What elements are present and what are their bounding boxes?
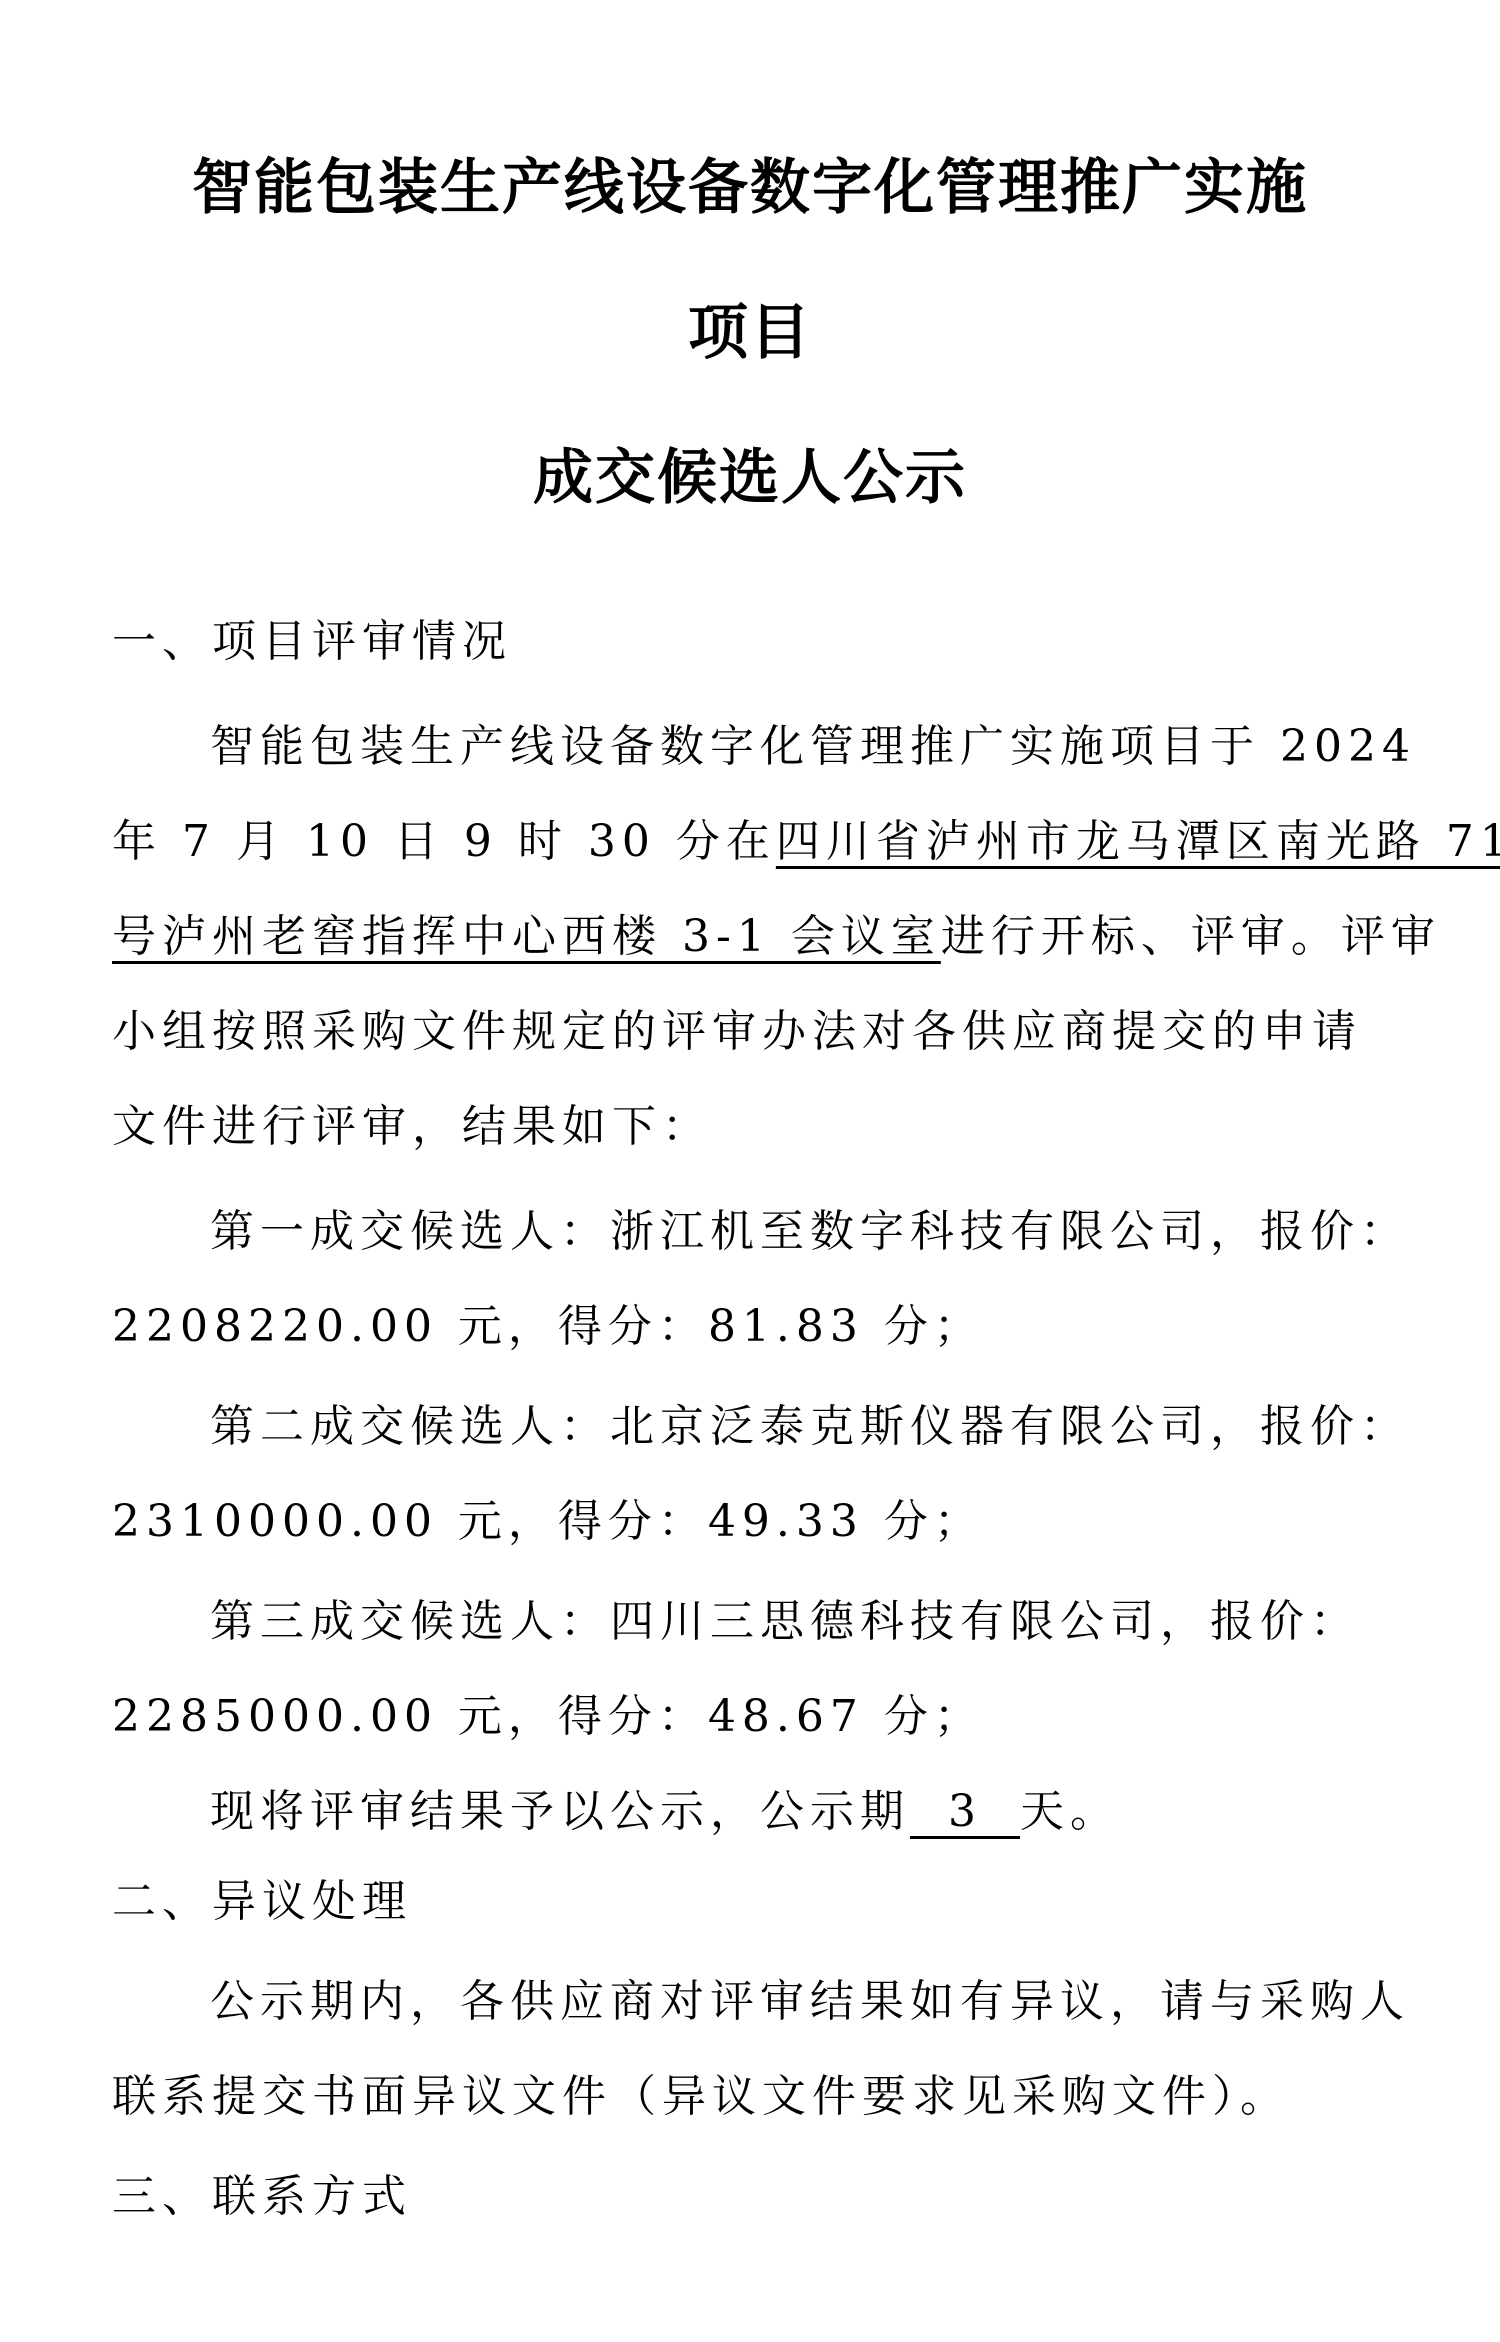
address-underlined: 四川省泸州市龙马潭区南光路 71: [776, 816, 1500, 867]
candidate-rank: 第二成交候选人：: [210, 1401, 610, 1452]
para1-text: 年 7 月 10 日 9 时 30 分在: [112, 816, 776, 867]
para1-text: 进行开标、评审。评审: [941, 911, 1441, 962]
candidate-score: 81.83: [708, 1301, 864, 1352]
price-label: ，报价：: [1210, 1401, 1410, 1452]
notice-period: 现将评审结果予以公示，公示期3天。: [210, 1775, 1120, 1839]
section2-line2: 联系提交书面异议文件（异议文件要求见采购文件）。: [112, 2060, 1290, 2124]
notice-days: 3: [910, 1788, 1020, 1839]
notice-text: 天。: [1020, 1786, 1120, 1837]
candidate-rank: 第三成交候选人：: [210, 1596, 610, 1647]
candidate-rank: 第一成交候选人：: [210, 1206, 610, 1257]
unit: 元，得分：: [438, 1496, 708, 1547]
candidate-name: 四川三思德科技有限公司: [610, 1596, 1160, 1647]
candidate-score: 49.33: [708, 1496, 864, 1547]
section2-heading: 二、异议处理: [112, 1865, 412, 1929]
candidate-score: 48.67: [708, 1691, 864, 1742]
tail: 分；: [864, 1691, 984, 1742]
candidate-1-line2: 2208220.00 元，得分：81.83 分；: [112, 1290, 984, 1354]
unit: 元，得分：: [438, 1301, 708, 1352]
candidate-3-line2: 2285000.00 元，得分：48.67 分；: [112, 1680, 984, 1744]
tail: 分；: [864, 1496, 984, 1547]
doc-title-line1: 智能包装生产线设备数字化管理推广实施: [0, 140, 1500, 226]
para1-line3: 号泸州老窖指挥中心西楼 3-1 会议室进行开标、评审。评审: [112, 900, 1441, 964]
candidate-price: 2285000.00: [112, 1691, 438, 1742]
notice-text: 现将评审结果予以公示，公示期: [210, 1786, 910, 1837]
candidate-name: 浙江机至数字科技有限公司: [610, 1206, 1210, 1257]
section2-line1: 公示期内，各供应商对评审结果如有异议，请与采购人: [210, 1965, 1410, 2029]
address-underlined: 号泸州老窖指挥中心西楼 3-1 会议室: [112, 911, 941, 962]
candidate-price: 2310000.00: [112, 1496, 438, 1547]
price-label: ，报价：: [1160, 1596, 1360, 1647]
candidate-name: 北京泛泰克斯仪器有限公司: [610, 1401, 1210, 1452]
para1-line5: 文件进行评审，结果如下：: [112, 1090, 712, 1154]
section1-heading: 一、项目评审情况: [112, 605, 512, 669]
para1-line2: 年 7 月 10 日 9 时 30 分在四川省泸州市龙马潭区南光路 71: [112, 805, 1500, 869]
para1-line1: 智能包装生产线设备数字化管理推广实施项目于 2024: [210, 710, 1416, 774]
tail: 分；: [864, 1301, 984, 1352]
doc-title-line2: 项目: [0, 285, 1500, 371]
candidate-price: 2208220.00: [112, 1301, 438, 1352]
unit: 元，得分：: [438, 1691, 708, 1742]
candidate-1-line1: 第一成交候选人：浙江机至数字科技有限公司，报价：: [210, 1195, 1410, 1259]
candidate-2-line2: 2310000.00 元，得分：49.33 分；: [112, 1485, 984, 1549]
price-label: ，报价：: [1210, 1206, 1410, 1257]
section3-heading: 三、联系方式: [112, 2160, 412, 2224]
candidate-3-line1: 第三成交候选人：四川三思德科技有限公司，报价：: [210, 1585, 1360, 1649]
doc-title-line3: 成交候选人公示: [0, 430, 1500, 516]
para1-line4: 小组按照采购文件规定的评审办法对各供应商提交的申请: [112, 995, 1362, 1059]
candidate-2-line1: 第二成交候选人：北京泛泰克斯仪器有限公司，报价：: [210, 1390, 1410, 1454]
